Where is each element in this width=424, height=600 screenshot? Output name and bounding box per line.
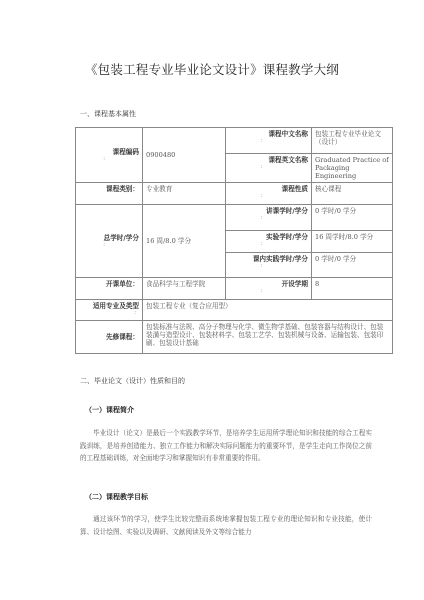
- major-label: 适用专业及类型：: [76, 300, 143, 321]
- subsection2-heading: （二）课程教学目标: [85, 492, 148, 502]
- prereq-value: 包装标准与法规、高分子物理与化学、微生物学基础、包装容器与结构设计、包装装潢与造…: [143, 321, 393, 354]
- course-attributes-table: 课程编码： 0900480 课程中文名称： 包装工程专业毕业论文（设计） 课程英…: [75, 127, 393, 354]
- section2-heading: 二、毕业论文（设计）性质和目的: [80, 376, 185, 386]
- chinese-name-value: 包装工程专业毕业论文（设计）: [312, 128, 393, 154]
- nature-value: 核心课程: [312, 183, 393, 205]
- subsection2-text: 通过该环节的学习，使学生比较完整而系统地掌握包装工程专业的理论知识和专业技能，使…: [80, 513, 372, 538]
- experiment-value: 16 周学时/8.0 学分: [312, 231, 393, 253]
- semester-label: 开设学期：: [226, 278, 312, 300]
- course-code-label: 课程编码：: [76, 128, 143, 183]
- practice-label: 课内实践学时/学分：: [226, 253, 312, 278]
- total-hours-value: 16 周/8.0 学分: [143, 205, 226, 278]
- chinese-name-label: 课程中文名称：: [226, 128, 312, 154]
- practice-value: 0 学时/0 学分: [312, 253, 393, 278]
- total-hours-label: 总学时/学分：: [76, 205, 143, 278]
- course-code-value: 0900480: [143, 128, 226, 183]
- nature-label: 课程性质：: [226, 183, 312, 205]
- semester-value: 8: [312, 278, 393, 300]
- dept-label: 开课单位：: [76, 278, 143, 300]
- english-name-value: Graduated Practice of Packaging Engineer…: [312, 154, 393, 183]
- lecture-label: 讲课学时/学分：: [226, 205, 312, 231]
- subsection1-heading: （一）课程简介: [85, 405, 134, 415]
- category-value: 专业教育: [143, 183, 226, 205]
- subsection1-text: 毕业设计（论文）是最后一个实践教学环节，是培养学生运用所学理论知识和技能的综合工…: [80, 427, 372, 465]
- prereq-label: 先修课程：: [76, 321, 143, 354]
- lecture-value: 0 学时/0 学分: [312, 205, 393, 231]
- experiment-label: 实验学时/学分：: [226, 231, 312, 253]
- document-title: 《包装工程专业毕业论文设计》课程教学大纲: [0, 60, 424, 78]
- major-value: 包装工程专业（复合应用型）: [143, 300, 393, 321]
- section1-heading: 一、课程基本属性: [80, 109, 136, 119]
- dept-value: 食品科学与工程学院: [143, 278, 226, 300]
- category-label: 课程类别：: [76, 183, 143, 205]
- english-name-label: 课程英文名称：: [226, 154, 312, 183]
